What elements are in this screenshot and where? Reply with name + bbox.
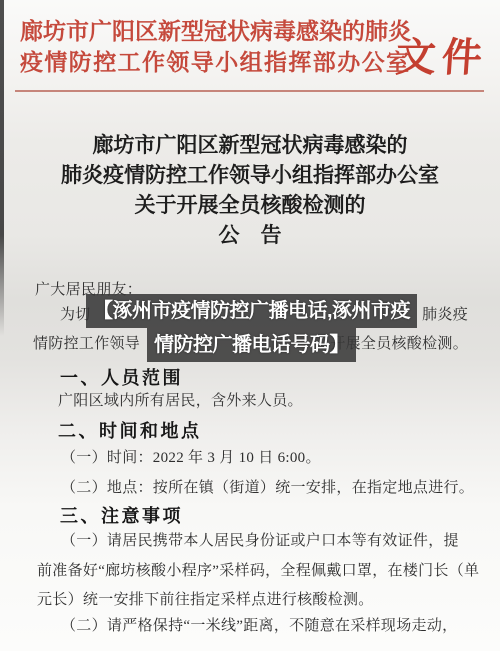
notice-title-line-4: 公 告: [0, 220, 500, 250]
notice-title: 廊坊市广阳区新型冠状病毒感染的 肺炎疫情防控工作领导小组指挥部办公室 关于开展全…: [0, 130, 500, 250]
watermark-row-1: 【涿州市疫情防控广播电话,涿州市疫: [33, 294, 470, 328]
section-3-item-1-line-1: （一）请居民携带本人居民身份证或户口本等有效证件，提: [61, 529, 459, 550]
watermark-text-line-1: 【涿州市疫情防控广播电话,涿州市疫: [86, 294, 417, 328]
org-name-line-2: 疫情防控工作领导小组指挥部办公室: [20, 47, 412, 78]
notice-body: 广大居民朋友： 为切 肺炎疫 情防控工作领导 开展全员核酸检测。 【涿州市疫情防…: [33, 272, 470, 651]
notice-title-line-2: 肺炎疫情防控工作领导小组指挥部办公室: [0, 160, 500, 190]
notice-title-line-1: 廊坊市广阳区新型冠状病毒感染的: [0, 130, 500, 160]
section-2-item-2: （二）地点：按所在镇（街道）统一安排，在指定地点进行。: [61, 476, 474, 497]
section-2-item-1: （一）时间：2022 年 3 月 10 日 6:00。: [61, 446, 321, 467]
scanned-notice-page: 廊坊市广阳区新型冠状病毒感染的肺炎 疫情防控工作领导小组指挥部办公室 文件 廊坊…: [0, 0, 500, 651]
section-1-heading: 一、人员范围: [60, 364, 183, 390]
section-1-text: 广阳区域内所有居民，含外来人员。: [58, 389, 303, 410]
red-divider-line: [15, 90, 484, 92]
section-3-item-2-line-1: （二）请严格保持“一米线”距离，不随意在采样现场走动，: [61, 614, 457, 635]
section-3-item-1-line-2: 前准备好“廊坊核酸小程序”采样码，全程佩戴口罩，在楼门长（单: [37, 559, 479, 580]
notice-title-line-3: 关于开展全员核酸检测的: [0, 190, 500, 220]
org-name-line-1: 廊坊市广阳区新型冠状病毒感染的肺炎: [20, 16, 412, 47]
document-type-label: 文件: [394, 26, 490, 83]
section-2-heading: 二、时间和地点: [58, 417, 202, 443]
watermark-row-2: 情防控广播电话号码】: [33, 328, 470, 362]
issuing-org-letterhead: 廊坊市广阳区新型冠状病毒感染的肺炎 疫情防控工作领导小组指挥部办公室: [20, 16, 412, 78]
section-3-heading: 三、注意事项: [60, 502, 183, 528]
watermark-overlay: 【涿州市疫情防控广播电话,涿州市疫 情防控广播电话号码】: [33, 294, 470, 362]
watermark-text-line-2: 情防控广播电话号码】: [147, 328, 356, 362]
section-3-item-1-line-3: 元长）统一安排下前往指定采样点进行核酸检测。: [37, 588, 374, 609]
